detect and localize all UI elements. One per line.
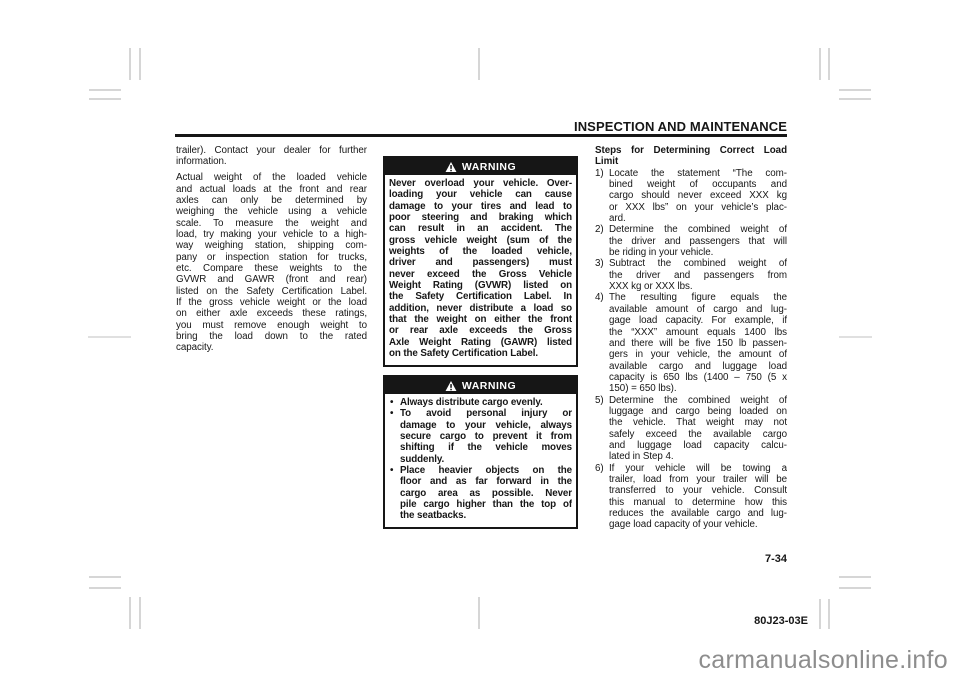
right-text-column: Steps for Determining Correct Load Limit… [595, 145, 787, 531]
crop-mark-bottom-right-h2 [839, 587, 871, 589]
warning-title-label: WARNING [462, 380, 516, 392]
document-code: 80J23-03E [754, 615, 808, 627]
text-line: be riding in your vehicle. [609, 247, 787, 258]
text-line: the vehicle. That weight may not [609, 417, 787, 428]
step-item: If your vehicle will be towing atrailer,… [595, 463, 787, 531]
text-line: listed on the Safety Certification Label… [176, 286, 367, 297]
text-line: the seatbacks. [400, 510, 572, 521]
text-line: gross vehicle weight (sum of the [389, 235, 572, 246]
text-line: Determine the combined weight of [609, 395, 787, 406]
text-line: If the gross vehicle weight or the load [176, 297, 367, 308]
step-number: 6) [595, 463, 604, 474]
text-line: gers in your vehicle, the amount of [609, 349, 787, 360]
text-line: way weighing station, shipping com- [176, 240, 367, 251]
text-line: damage to your tires and lead to [389, 201, 572, 212]
header-rule [175, 134, 787, 137]
text-line: gage load capacity of your vehicle. [609, 519, 787, 530]
crop-mark-bottom-left-v2 [139, 597, 141, 629]
text-line: lated in Step 4. [609, 451, 787, 462]
text-line: The resulting figure equals the [609, 292, 787, 303]
text-line: on the Safety Certification Label. [389, 348, 572, 359]
crop-mark-bottom-center [478, 597, 480, 629]
text-line: you must remove enough weight to [176, 320, 367, 331]
bullet-item: Always distribute cargo evenly.• [389, 397, 572, 408]
text-line: gage load capacity. For example, if [609, 315, 787, 326]
text-line: the Safety Certification Label. In [389, 291, 572, 302]
page-number: 7-34 [765, 553, 787, 565]
paragraph: trailer). Contact your dealer for furthe… [176, 145, 367, 168]
section-heading-line: Steps for Determining Correct Load [595, 145, 787, 156]
text-line: trailer, load from your trailer will be [609, 474, 787, 485]
text-line: and actual loads at the front and rear [176, 184, 367, 195]
crop-mark-mid-left [88, 336, 131, 338]
text-line: bring the load down to the rated [176, 331, 367, 342]
text-line: load, try making your vehicle to a high- [176, 229, 367, 240]
text-line: Weight Rating (GVWR) listed on [389, 280, 572, 291]
text-line: or rear axle exceeds the Gross [389, 325, 572, 336]
text-line: Never overload your vehicle. Over- [389, 178, 572, 189]
crop-mark-top-left-v1 [129, 48, 131, 80]
warning-body-text: Never overload your vehicle. Over-loadin… [385, 175, 576, 365]
bullet-marker: • [390, 397, 393, 408]
step-number: 5) [595, 395, 604, 406]
text-line: never exceed the Gross Vehicle [389, 269, 572, 280]
text-line: capacity. [176, 342, 367, 353]
text-line: capacity is 650 lbs (1400 – 750 (5 x [609, 372, 787, 383]
text-line: suddenly. [400, 454, 572, 465]
text-line: Place heavier objects on the [400, 465, 572, 476]
text-line: ard. [609, 213, 787, 224]
crop-mark-bottom-left-h2 [89, 587, 121, 589]
text-line: cargo should never exceed XXX kg [609, 190, 787, 201]
step-item: Determine the combined weight ofthe driv… [595, 224, 787, 258]
crop-mark-top-right-v2 [828, 48, 830, 80]
page-header-title: INSPECTION AND MAINTENANCE [574, 119, 787, 134]
text-line: information. [176, 156, 367, 167]
text-line: GVWR and GAWR (front and rear) [176, 274, 367, 285]
crop-mark-top-left-h2 [89, 98, 121, 100]
crop-mark-bottom-right-v1 [819, 599, 821, 629]
text-line: scale. To measure the weight and [176, 218, 367, 229]
left-text-column: trailer). Contact your dealer for furthe… [176, 145, 367, 354]
text-line: shifting if the vehicle moves [400, 442, 572, 453]
text-line: or XXX lbs” on your vehicle’s plac- [609, 202, 787, 213]
text-line: addition, never distribute a load so [389, 303, 572, 314]
text-line: can result in an accident. The [389, 223, 572, 234]
manual-page: INSPECTION AND MAINTENANCE trailer). Con… [0, 0, 960, 678]
step-item: The resulting figure equals theavailable… [595, 292, 787, 394]
warning-triangle-icon [445, 162, 457, 172]
step-list: Locate the statement “The com-bined weig… [595, 168, 787, 531]
crop-mark-top-center [478, 48, 480, 80]
crop-mark-bottom-left-v1 [129, 597, 131, 629]
crop-mark-top-right-v1 [819, 48, 821, 80]
text-line: and there will be five 150 lb passen- [609, 338, 787, 349]
text-line: Determine the combined weight of [609, 224, 787, 235]
step-number: 2) [595, 224, 604, 235]
watermark-text: carmanualsonline.info [698, 646, 948, 675]
step-item: Subtract the combined weight ofthe drive… [595, 258, 787, 292]
text-line: pile cargo higher than the top of [400, 499, 572, 510]
text-line: that the weight on either the front [389, 314, 572, 325]
text-line: the “XXX” amount equals 1400 lbs [609, 327, 787, 338]
text-line: XXX kg or XXX lbs. [609, 281, 787, 292]
text-line: poor steering and braking which [389, 212, 572, 223]
step-item: Locate the statement “The com-bined weig… [595, 168, 787, 225]
crop-mark-top-left-v2 [139, 48, 141, 80]
section-heading-line: Limit [595, 156, 787, 167]
text-line: secure cargo to prevent it from [400, 431, 572, 442]
text-line: If your vehicle will be towing a [609, 463, 787, 474]
text-line: weights of the loaded vehicle, [389, 246, 572, 257]
text-line: Axle Weight Rating (GAWR) listed [389, 337, 572, 348]
step-item: Determine the combined weight ofluggage … [595, 395, 787, 463]
paragraph: Actual weight of the loaded vehicleand a… [176, 172, 367, 354]
text-line: damage to your vehicle, always [400, 420, 572, 431]
text-line: 150) = 650 lbs). [609, 383, 787, 394]
step-number: 4) [595, 292, 604, 303]
crop-mark-bottom-right-h1 [839, 576, 871, 578]
text-line: available amount of cargo and lug- [609, 304, 787, 315]
text-line: Always distribute cargo evenly. [400, 397, 572, 408]
crop-mark-top-left-h1 [89, 89, 121, 91]
bullet-marker: • [390, 465, 393, 476]
warning-box-cargo: WARNING Always distribute cargo evenly.•… [383, 375, 578, 529]
warning-title-bar: WARNING [385, 158, 576, 175]
bullet-item: Place heavier objects on thefloor and as… [389, 465, 572, 522]
text-line: axles can only be determined by [176, 195, 367, 206]
text-line: cargo area as possible. Never [400, 488, 572, 499]
crop-mark-mid-right [839, 336, 872, 338]
step-number: 1) [595, 168, 604, 179]
text-line: reduces the available cargo and lug- [609, 508, 787, 519]
text-line: floor and as far forward in the [400, 476, 572, 487]
text-line: the driver and passengers that will [609, 236, 787, 247]
text-line: luggage and cargo being loaded on [609, 406, 787, 417]
text-line: loading your vehicle can cause [389, 189, 572, 200]
text-line: on either axle exceeds these ratings, [176, 308, 367, 319]
text-line: available cargo and luggage load [609, 361, 787, 372]
crop-mark-top-right-h2 [839, 98, 871, 100]
text-line: To avoid personal injury or [400, 408, 572, 419]
crop-mark-top-right-h1 [839, 89, 871, 91]
text-line: trailer). Contact your dealer for furthe… [176, 145, 367, 156]
text-line: transferred to your vehicle. Consult [609, 485, 787, 496]
step-number: 3) [595, 258, 604, 269]
text-line: bined weight of occupants and [609, 179, 787, 190]
crop-mark-bottom-left-h1 [89, 576, 121, 578]
text-line: this manual to determine how this [609, 497, 787, 508]
text-line: weighing the vehicle using a vehicle [176, 206, 367, 217]
text-line: pany or inspection station for trucks, [176, 252, 367, 263]
text-line: driver and passengers) must [389, 257, 572, 268]
text-line: Subtract the combined weight of [609, 258, 787, 269]
bullet-item: To avoid personal injury ordamage to you… [389, 408, 572, 465]
warning-title-bar: WARNING [385, 377, 576, 394]
text-line: the driver and passengers from [609, 270, 787, 281]
warning-box-overloading: WARNING Never overload your vehicle. Ove… [383, 156, 578, 367]
text-line: and luggage load capacity calcu- [609, 440, 787, 451]
crop-mark-bottom-right-v2 [828, 599, 830, 629]
text-line: Locate the statement “The com- [609, 168, 787, 179]
text-line: Actual weight of the loaded vehicle [176, 172, 367, 183]
text-line: etc. Compare these weights to the [176, 263, 367, 274]
warning-title-label: WARNING [462, 161, 516, 173]
warning-bullet-list: Always distribute cargo evenly.•To avoid… [385, 394, 576, 527]
bullet-marker: • [390, 408, 393, 419]
warning-triangle-icon [445, 381, 457, 391]
text-line: safely exceed the available cargo [609, 429, 787, 440]
